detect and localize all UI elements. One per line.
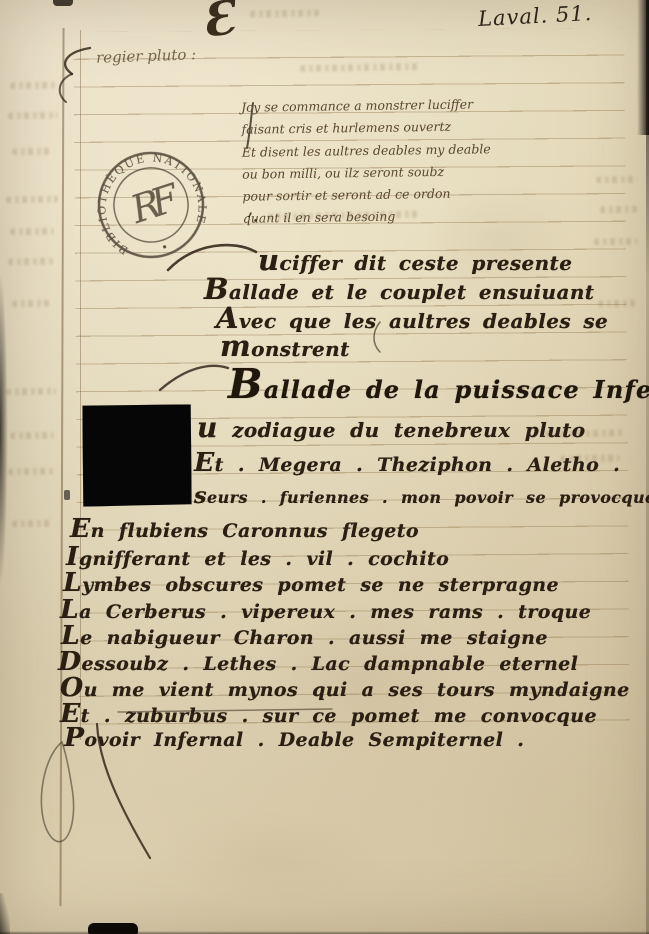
stage-direction-line: Et disent les aultres deables my deable	[242, 138, 491, 164]
stage-direction: Jcy se commance a monstrer luciffer fais…	[241, 93, 492, 230]
photo-edge-artifact	[0, 270, 8, 590]
ballade-heading: Ballade de la puissace Infernalle	[228, 360, 649, 408]
ballade-line: Et . Megera . Theziphon . Aletho .	[194, 447, 620, 478]
top-flourish-mark: Ɛ	[198, 0, 238, 48]
rubric-line: monstrent	[220, 329, 350, 363]
pen-trial-mark: ʼ·	[246, 208, 259, 232]
stamp-monogram: RF	[125, 175, 186, 232]
photo-edge-artifact	[0, 893, 10, 934]
ink-tick	[64, 490, 70, 500]
ballade-line: Povoir Infernal . Deable Sempiternel .	[64, 722, 524, 753]
ballade-line: seurs . furiennes . mon povoir se provoc…	[194, 483, 649, 509]
ballade-line: u zodiague du tenebreux pluto	[197, 411, 585, 444]
margin-heading: regier pluto :	[96, 45, 197, 66]
stamp-dot	[163, 245, 167, 249]
ballade-line: En flubiens Caronnus flegeto	[70, 513, 419, 544]
redaction-box	[82, 404, 193, 508]
stage-direction-line: Jcy se commance a monstrer luciffer	[241, 93, 490, 119]
manuscript-page: Ɛ Laval. 51. regier pluto : Jcy se comma…	[0, 0, 649, 934]
photo-edge-artifact	[53, 0, 73, 6]
stage-direction-line: quant il en sera besoing	[243, 205, 492, 231]
